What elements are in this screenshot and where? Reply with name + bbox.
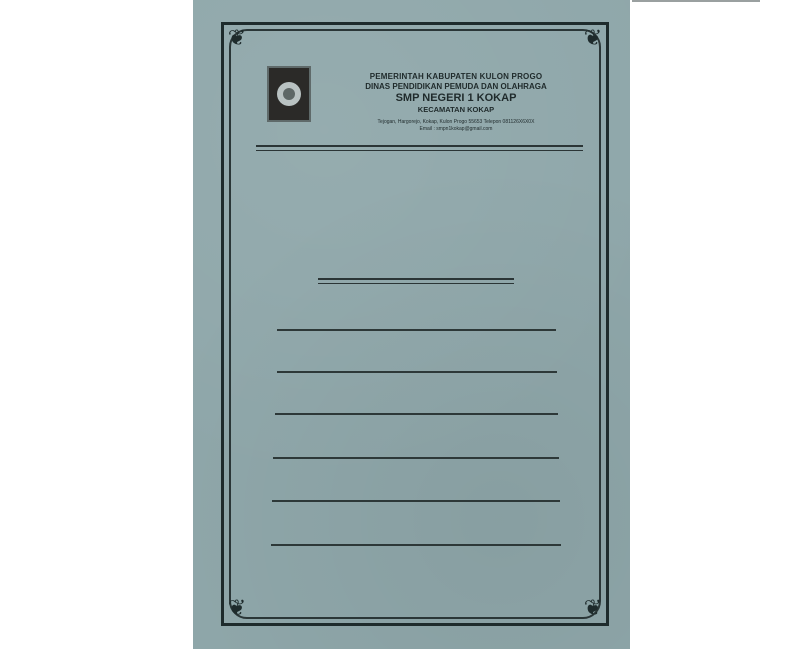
writing-line (275, 413, 558, 415)
writing-line (271, 544, 561, 546)
writing-line (277, 329, 556, 331)
background-edge-line (632, 0, 760, 2)
address-line: Tejogan, Hargorejo, Kokap, Kulon Progo 5… (321, 118, 591, 126)
writing-line (273, 457, 559, 459)
title-line (318, 278, 514, 284)
emblem-icon (277, 82, 301, 106)
ornament-corner-icon: ❦ (223, 24, 251, 52)
email-line: Email : smpn1kokap@gmail.com (321, 126, 591, 133)
ornament-corner-icon: ❦ (223, 594, 251, 622)
crest-logo-icon (267, 66, 311, 122)
district-line: KECAMATAN KOKAP (321, 105, 591, 115)
folder-cover: ❦ ❦ ❦ ❦ PEMERINTAH KABUPATEN KULON PROGO… (193, 0, 630, 649)
department-line: DINAS PENDIDIKAN PEMUDA DAN OLAHRAGA (321, 82, 591, 92)
ornament-corner-icon: ❦ (579, 24, 607, 52)
writing-line (277, 371, 557, 373)
writing-line (272, 500, 560, 502)
header-divider (256, 145, 583, 151)
letterhead: PEMERINTAH KABUPATEN KULON PROGO DINAS P… (321, 72, 591, 133)
school-name: SMP NEGERI 1 KOKAP (321, 92, 591, 105)
government-line: PEMERINTAH KABUPATEN KULON PROGO (321, 72, 591, 82)
ornament-corner-icon: ❦ (579, 594, 607, 622)
